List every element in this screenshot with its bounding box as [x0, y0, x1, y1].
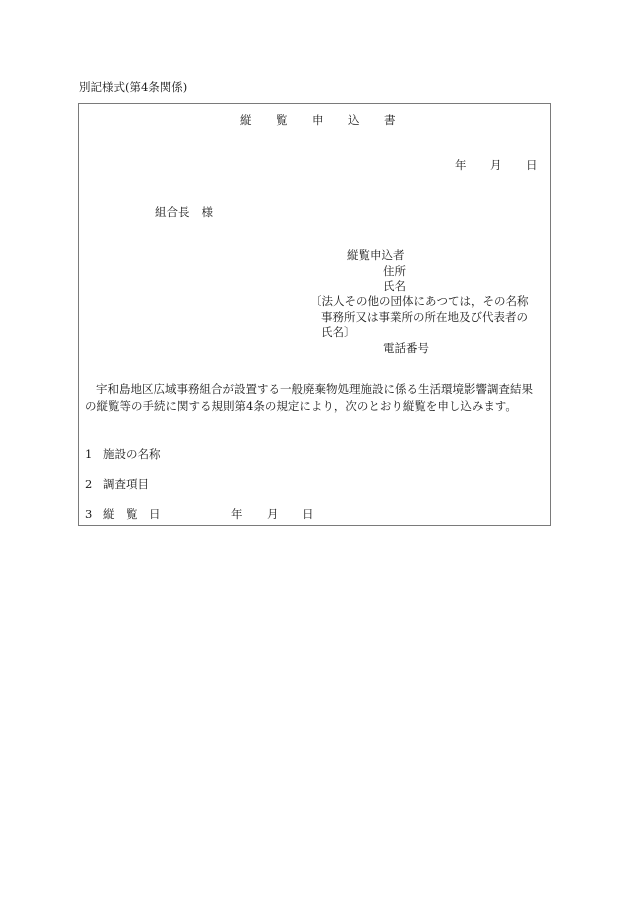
- item-label: 施設の名称: [103, 447, 161, 461]
- corporate-note-line1: 〔法人その他の団体にあつては，その名称: [310, 294, 529, 310]
- application-statement: 宇和島地区広域事務組合が設置する一般廃棄物処理施設に係る生活環境影響調査結果 の…: [85, 381, 533, 415]
- title-char: 申: [312, 112, 348, 128]
- title-char: 縦: [240, 112, 276, 128]
- date-day: 日: [526, 157, 538, 173]
- addressee-name: 組合長: [155, 205, 190, 219]
- name-label: 氏名: [383, 279, 406, 295]
- item-viewing-date: 3縦 覧 日: [85, 506, 161, 522]
- item-number: 3: [85, 507, 103, 521]
- item-survey-items: 2調査項目: [85, 476, 149, 492]
- addressee-honorific: 様: [202, 205, 214, 219]
- addressee: 組合長様: [155, 204, 213, 220]
- corporate-note-line2: 事務所又は事業所の所在地及び代表者の: [321, 310, 528, 326]
- date-month: 月: [490, 157, 502, 173]
- item-number: 2: [85, 477, 103, 491]
- item-label: 調査項目: [103, 477, 149, 491]
- viewing-date-year: 年: [231, 506, 243, 522]
- title-char: 込: [348, 112, 384, 128]
- item-label: 縦 覧 日: [103, 507, 161, 521]
- address-label: 住所: [383, 264, 406, 280]
- phone-label: 電話番号: [383, 341, 429, 357]
- form-label: 別記様式(第4条関係): [79, 79, 187, 95]
- statement-line1: 宇和島地区広域事務組合が設置する一般廃棄物処理施設に係る生活環境影響調査結果: [85, 381, 533, 398]
- item-number: 1: [85, 447, 103, 461]
- item-facility-name: 1施設の名称: [85, 446, 161, 462]
- title-char: 書: [384, 112, 420, 128]
- date-year: 年: [455, 157, 467, 173]
- viewing-date-day: 日: [302, 506, 314, 522]
- viewing-date-month: 月: [267, 506, 279, 522]
- title-char: 覧: [276, 112, 312, 128]
- applicant-heading: 縦覧申込者: [347, 248, 405, 264]
- statement-line2: の縦覧等の手続に関する規則第4条の規定により，次のとおり縦覧を申し込みます。: [85, 398, 533, 415]
- document-title: 縦覧申込書: [240, 112, 420, 128]
- corporate-note-line3: 氏名〕: [321, 325, 356, 341]
